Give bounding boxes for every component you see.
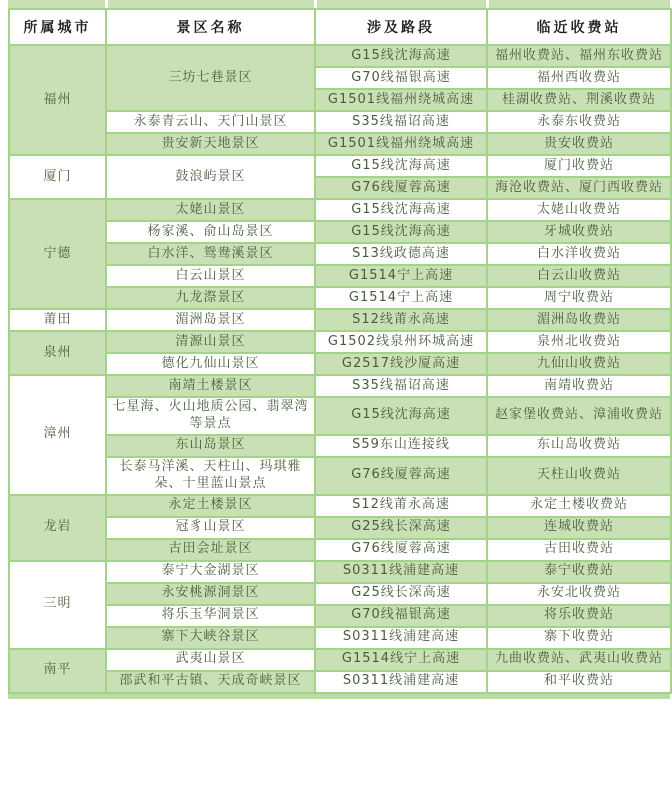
scenic-name-cell: 冠豸山景区	[106, 517, 315, 539]
scenic-name-cell: 贵安新天地景区	[106, 133, 315, 155]
toll-station-cell: 天柱山收费站	[487, 457, 671, 495]
table-row: 古田会址景区G76线厦蓉高速古田收费站	[9, 539, 671, 561]
top-strip-segment	[8, 0, 105, 8]
table-row: 白水洋、鸳鸯溪景区S13线政德高速白水洋收费站	[9, 243, 671, 265]
table-row: 贵安新天地景区G1501线福州绕城高速贵安收费站	[9, 133, 671, 155]
toll-station-cell: 福州西收费站	[487, 67, 671, 89]
toll-station-cell: 周宁收费站	[487, 287, 671, 309]
city-cell: 泉州	[9, 331, 106, 375]
scenic-name-cell: 古田会址景区	[106, 539, 315, 561]
road-section-cell: S0311线浦建高速	[315, 627, 487, 649]
road-section-cell: G15线沈海高速	[315, 155, 487, 177]
road-section-cell: S12线莆永高速	[315, 309, 487, 331]
table-top-strip	[8, 0, 670, 8]
toll-station-cell: 永泰东收费站	[487, 111, 671, 133]
scenic-name-cell: 将乐玉华洞景区	[106, 605, 315, 627]
top-strip-segment	[314, 0, 486, 8]
toll-station-cell: 湄洲岛收费站	[487, 309, 671, 331]
top-strip-segment	[105, 0, 314, 8]
road-section-cell: S0311线浦建高速	[315, 561, 487, 583]
toll-station-cell: 古田收费站	[487, 539, 671, 561]
toll-station-cell: 厦门收费站	[487, 155, 671, 177]
scenic-name-cell: 永泰青云山、天门山景区	[106, 111, 315, 133]
road-section-cell: G1501线福州绕城高速	[315, 133, 487, 155]
table-row: 九龙漈景区G1514宁上高速周宁收费站	[9, 287, 671, 309]
table-row: 莆田湄洲岛景区S12线莆永高速湄洲岛收费站	[9, 309, 671, 331]
toll-station-cell: 太姥山收费站	[487, 199, 671, 221]
toll-station-cell: 赵家堡收费站、漳浦收费站	[487, 397, 671, 435]
table-bottom-strip	[8, 694, 670, 699]
table-row: 邵武和平古镇、天成奇峡景区S0311线浦建高速和平收费站	[9, 671, 671, 693]
table-row: 冠豸山景区G25线长深高速连城收费站	[9, 517, 671, 539]
road-section-cell: G1514宁上高速	[315, 287, 487, 309]
road-section-cell: S0311线浦建高速	[315, 671, 487, 693]
table-row: 白云山景区G1514宁上高速白云山收费站	[9, 265, 671, 287]
scenic-name-cell: 永安桃源洞景区	[106, 583, 315, 605]
city-cell: 漳州	[9, 375, 106, 495]
road-section-cell: S35线福诏高速	[315, 375, 487, 397]
scenic-name-cell: 七星海、火山地质公园、翡翠湾等景点	[106, 397, 315, 435]
scenic-name-cell: 永定土楼景区	[106, 495, 315, 517]
scenic-toll-table: 所属城市 景区名称 涉及路段 临近收费站 福州三坊七巷景区G15线沈海高速福州收…	[8, 8, 672, 694]
toll-station-cell: 白云山收费站	[487, 265, 671, 287]
header-row: 所属城市 景区名称 涉及路段 临近收费站	[9, 9, 671, 45]
toll-station-cell: 九曲收费站、武夷山收费站	[487, 649, 671, 671]
column-header-toll-station: 临近收费站	[487, 9, 671, 45]
scenic-name-cell: 清源山景区	[106, 331, 315, 353]
road-section-cell: G25线长深高速	[315, 583, 487, 605]
top-strip-segment	[486, 0, 670, 8]
road-section-cell: G1514线宁上高速	[315, 649, 487, 671]
scenic-name-cell: 九龙漈景区	[106, 287, 315, 309]
scenic-toll-table-wrap: 所属城市 景区名称 涉及路段 临近收费站 福州三坊七巷景区G15线沈海高速福州收…	[8, 0, 670, 699]
city-cell: 南平	[9, 649, 106, 693]
table-row: 三明泰宁大金湖景区S0311线浦建高速泰宁收费站	[9, 561, 671, 583]
column-header-city: 所属城市	[9, 9, 106, 45]
scenic-name-cell: 杨家溪、俞山岛景区	[106, 221, 315, 243]
scenic-name-cell: 长泰马洋溪、天柱山、玛琪雅朵、十里蓝山景点	[106, 457, 315, 495]
toll-station-cell: 海沧收费站、厦门西收费站	[487, 177, 671, 199]
toll-station-cell: 永安北收费站	[487, 583, 671, 605]
road-section-cell: S59东山连接线	[315, 435, 487, 457]
scenic-name-cell: 湄洲岛景区	[106, 309, 315, 331]
toll-station-cell: 白水洋收费站	[487, 243, 671, 265]
scenic-name-cell: 邵武和平古镇、天成奇峡景区	[106, 671, 315, 693]
table-row: 南平武夷山景区G1514线宁上高速九曲收费站、武夷山收费站	[9, 649, 671, 671]
scenic-name-cell: 太姥山景区	[106, 199, 315, 221]
table-row: 永安桃源洞景区G25线长深高速永安北收费站	[9, 583, 671, 605]
table-row: 杨家溪、俞山岛景区G15线沈海高速牙城收费站	[9, 221, 671, 243]
scenic-name-cell: 泰宁大金湖景区	[106, 561, 315, 583]
scenic-name-cell: 德化九仙山景区	[106, 353, 315, 375]
scenic-name-cell: 南靖土楼景区	[106, 375, 315, 397]
toll-station-cell: 泉州北收费站	[487, 331, 671, 353]
scenic-name-cell: 三坊七巷景区	[106, 45, 315, 111]
road-section-cell: G1514宁上高速	[315, 265, 487, 287]
city-cell: 莆田	[9, 309, 106, 331]
road-section-cell: G25线长深高速	[315, 517, 487, 539]
road-section-cell: G15线沈海高速	[315, 199, 487, 221]
table-body: 福州三坊七巷景区G15线沈海高速福州收费站、福州东收费站G70线福银高速福州西收…	[9, 45, 671, 693]
road-section-cell: G70线福银高速	[315, 605, 487, 627]
scenic-name-cell: 东山岛景区	[106, 435, 315, 457]
toll-station-cell: 牙城收费站	[487, 221, 671, 243]
table-row: 漳州南靖土楼景区S35线福诏高速南靖收费站	[9, 375, 671, 397]
road-section-cell: G76线厦蓉高速	[315, 177, 487, 199]
scenic-name-cell: 白水洋、鸳鸯溪景区	[106, 243, 315, 265]
toll-station-cell: 将乐收费站	[487, 605, 671, 627]
road-section-cell: G1501线福州绕城高速	[315, 89, 487, 111]
city-cell: 福州	[9, 45, 106, 155]
city-cell: 龙岩	[9, 495, 106, 561]
road-section-cell: G2517线沙厦高速	[315, 353, 487, 375]
toll-station-cell: 永定土楼收费站	[487, 495, 671, 517]
road-section-cell: G15线沈海高速	[315, 221, 487, 243]
scenic-name-cell: 寨下大峡谷景区	[106, 627, 315, 649]
table-row: 东山岛景区S59东山连接线东山岛收费站	[9, 435, 671, 457]
toll-station-cell: 九仙山收费站	[487, 353, 671, 375]
table-row: 寨下大峡谷景区S0311线浦建高速寨下收费站	[9, 627, 671, 649]
road-section-cell: G15线沈海高速	[315, 45, 487, 67]
road-section-cell: S13线政德高速	[315, 243, 487, 265]
toll-station-cell: 桂湖收费站、荆溪收费站	[487, 89, 671, 111]
scenic-name-cell: 白云山景区	[106, 265, 315, 287]
column-header-scenic-name: 景区名称	[106, 9, 315, 45]
toll-station-cell: 贵安收费站	[487, 133, 671, 155]
table-row: 永泰青云山、天门山景区S35线福诏高速永泰东收费站	[9, 111, 671, 133]
toll-station-cell: 南靖收费站	[487, 375, 671, 397]
table-header: 所属城市 景区名称 涉及路段 临近收费站	[9, 9, 671, 45]
toll-station-cell: 东山岛收费站	[487, 435, 671, 457]
page: 所属城市 景区名称 涉及路段 临近收费站 福州三坊七巷景区G15线沈海高速福州收…	[0, 0, 672, 810]
table-row: 宁德太姥山景区G15线沈海高速太姥山收费站	[9, 199, 671, 221]
table-row: 厦门鼓浪屿景区G15线沈海高速厦门收费站	[9, 155, 671, 177]
road-section-cell: S12线莆永高速	[315, 495, 487, 517]
city-cell: 宁德	[9, 199, 106, 309]
scenic-name-cell: 武夷山景区	[106, 649, 315, 671]
road-section-cell: G70线福银高速	[315, 67, 487, 89]
toll-station-cell: 和平收费站	[487, 671, 671, 693]
table-row: 将乐玉华洞景区G70线福银高速将乐收费站	[9, 605, 671, 627]
table-row: 长泰马洋溪、天柱山、玛琪雅朵、十里蓝山景点G76线厦蓉高速天柱山收费站	[9, 457, 671, 495]
road-section-cell: G76线厦蓉高速	[315, 539, 487, 561]
road-section-cell: G15线沈海高速	[315, 397, 487, 435]
road-section-cell: S35线福诏高速	[315, 111, 487, 133]
road-section-cell: G1502线泉州环城高速	[315, 331, 487, 353]
table-row: 龙岩永定土楼景区S12线莆永高速永定土楼收费站	[9, 495, 671, 517]
table-row: 七星海、火山地质公园、翡翠湾等景点G15线沈海高速赵家堡收费站、漳浦收费站	[9, 397, 671, 435]
toll-station-cell: 泰宁收费站	[487, 561, 671, 583]
toll-station-cell: 寨下收费站	[487, 627, 671, 649]
road-section-cell: G76线厦蓉高速	[315, 457, 487, 495]
column-header-road-section: 涉及路段	[315, 9, 487, 45]
toll-station-cell: 福州收费站、福州东收费站	[487, 45, 671, 67]
table-row: 福州三坊七巷景区G15线沈海高速福州收费站、福州东收费站	[9, 45, 671, 67]
scenic-name-cell: 鼓浪屿景区	[106, 155, 315, 199]
table-row: 泉州清源山景区G1502线泉州环城高速泉州北收费站	[9, 331, 671, 353]
toll-station-cell: 连城收费站	[487, 517, 671, 539]
table-row: 德化九仙山景区G2517线沙厦高速九仙山收费站	[9, 353, 671, 375]
city-cell: 三明	[9, 561, 106, 649]
city-cell: 厦门	[9, 155, 106, 199]
